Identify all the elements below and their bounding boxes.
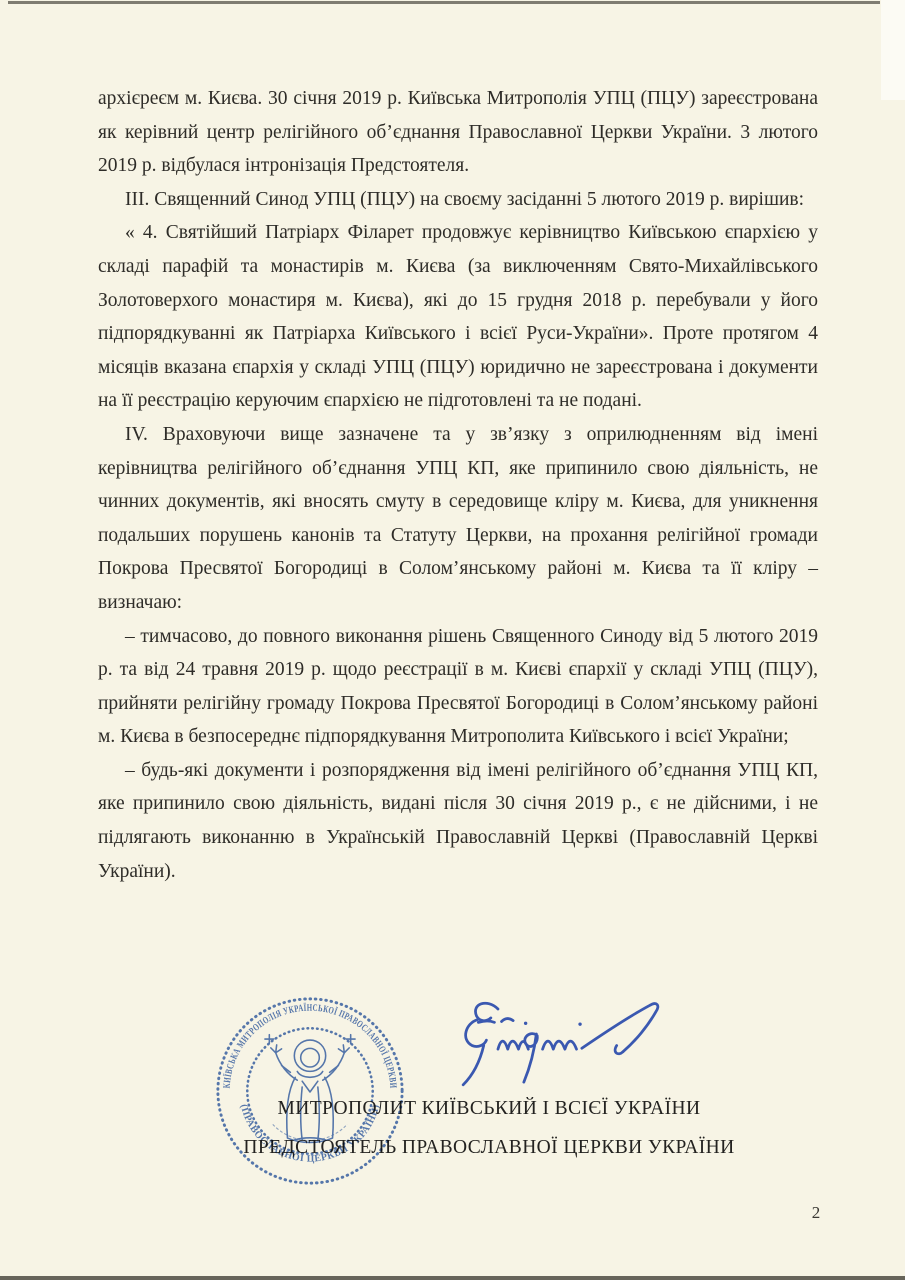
signatory-title-line2: ПРЕДСТОЯТЕЛЬ ПРАВОСЛАВНОЇ ЦЕРКВИ УКРАЇНИ: [89, 1137, 889, 1159]
scan-edge-top: [8, 1, 880, 4]
svg-text:КИЇВСЬКА МИТРОПОЛІЯ УКРАЇНСЬКО: КИЇВСЬКА МИТРОПОЛІЯ УКРАЇНСЬКОЇ ПРАВОСЛА…: [221, 1001, 398, 1089]
scanned-document-page: архієреєм м. Києва. 30 січня 2019 р. Киї…: [0, 0, 905, 1280]
document-body: архієреєм м. Києва. 30 січня 2019 р. Киї…: [98, 82, 818, 888]
body-paragraph: « 4. Святійший Патріарх Філарет продовжу…: [98, 216, 818, 418]
body-paragraph: ІІІ. Священний Синод УПЦ (ПЦУ) на своєму…: [98, 183, 818, 217]
metropolitan-signature: [448, 992, 680, 1092]
body-paragraph: – тимчасово, до повного виконання рішень…: [98, 620, 818, 754]
svg-text:(ПРАВОСЛАВНОЇ ЦЕРКВИ УКРАЇНИ): (ПРАВОСЛАВНОЇ ЦЕРКВИ УКРАЇНИ): [238, 1103, 382, 1164]
body-paragraph: архієреєм м. Києва. 30 січня 2019 р. Киї…: [98, 82, 818, 183]
body-paragraph: ІV. Враховуючи вище зазначене та у зв’яз…: [98, 418, 818, 620]
stamp-ring-text-top: КИЇВСЬКА МИТРОПОЛІЯ УКРАЇНСЬКОЇ ПРАВОСЛА…: [221, 1001, 398, 1089]
oranta-icon: [265, 1035, 355, 1143]
page-number: 2: [796, 1203, 836, 1223]
body-paragraph: – будь-які документи і розпорядження від…: [98, 754, 818, 888]
signatory-title-line1: МИТРОПОЛИТ КИЇВСЬКИЙ І ВСІЄЇ УКРАЇНИ: [89, 1098, 889, 1120]
scan-corner-highlight: [881, 0, 905, 100]
stamp-ring-text-bottom: (ПРАВОСЛАВНОЇ ЦЕРКВИ УКРАЇНИ): [238, 1103, 382, 1164]
scan-edge-bottom: [0, 1276, 905, 1280]
church-seal-stamp: КИЇВСЬКА МИТРОПОЛІЯ УКРАЇНСЬКОЇ ПРАВОСЛА…: [212, 993, 408, 1189]
